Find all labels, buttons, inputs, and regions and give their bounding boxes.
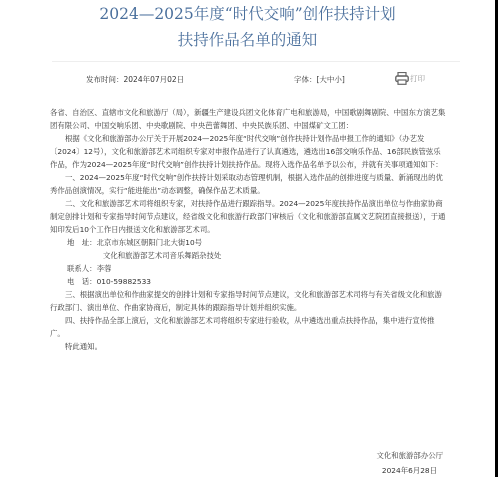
font-size-selector[interactable]: 字体：[大中小] [294, 74, 345, 85]
print-label: 打印 [410, 73, 425, 84]
contact-label: 联系人： [67, 264, 97, 273]
paragraph-item-2: 二、文化和旅游部艺术司将组织专家，对扶持作品进行跟踪指导。2024—2025年度… [50, 197, 448, 236]
address-value: 北京市东城区朝阳门北大街10号 [97, 238, 202, 247]
address-line: 地 址：北京市东城区朝阳门北大街10号 [50, 236, 448, 249]
title-divider [52, 61, 460, 62]
paragraph-intro: 根据《文化和旅游部办公厅关于开展2024—2025年度“时代交响”创作扶持计划作… [50, 132, 448, 171]
notice-body: 各省、自治区、直辖市文化和旅游厅（局），新疆生产建设兵团文化体育广电和旅游局，中… [50, 106, 448, 353]
addressee: 各省、自治区、直辖市文化和旅游厅（局），新疆生产建设兵团文化体育广电和旅游局，中… [50, 106, 448, 132]
page-title-line1: 2024—2025年度“时代交响”创作扶持计划 [0, 4, 495, 24]
printer-icon [395, 72, 409, 85]
signature-org: 文化和旅游部办公厅 [376, 450, 443, 462]
page-title-line2: 扶持作品名单的通知 [0, 30, 495, 50]
phone-label: 电 话： [67, 277, 97, 286]
contact-value: 李蓉 [97, 264, 112, 273]
signature-date: 2024年6月28日 [382, 465, 437, 477]
contact-line: 联系人：李蓉 [50, 262, 448, 275]
phone-line: 电 话：010-59882533 [50, 275, 448, 288]
phone-value: 010-59882533 [97, 277, 151, 286]
closing-line: 特此通知。 [50, 340, 448, 353]
publish-date: 发布时间：2024年07月02日 [86, 74, 184, 85]
paragraph-item-3: 三、根据演出单位和作曲家提交的创排计划和专家指导时间节点建议，文化和旅游部艺术司… [50, 288, 448, 314]
address-label: 地 址： [67, 238, 97, 247]
address-line-2: 文化和旅游部艺术司音乐舞蹈杂技处 [50, 249, 448, 262]
print-button[interactable]: 打印 [395, 72, 425, 85]
paragraph-item-4: 四、扶持作品全部上演后，文化和旅游部艺术司将组织专家进行验收，从中遴选出重点扶持… [50, 314, 448, 340]
paragraph-item-1: 一、2024—2025年度“时代交响”创作扶持计划采取动态管理机制，根据入选作品… [50, 171, 448, 197]
